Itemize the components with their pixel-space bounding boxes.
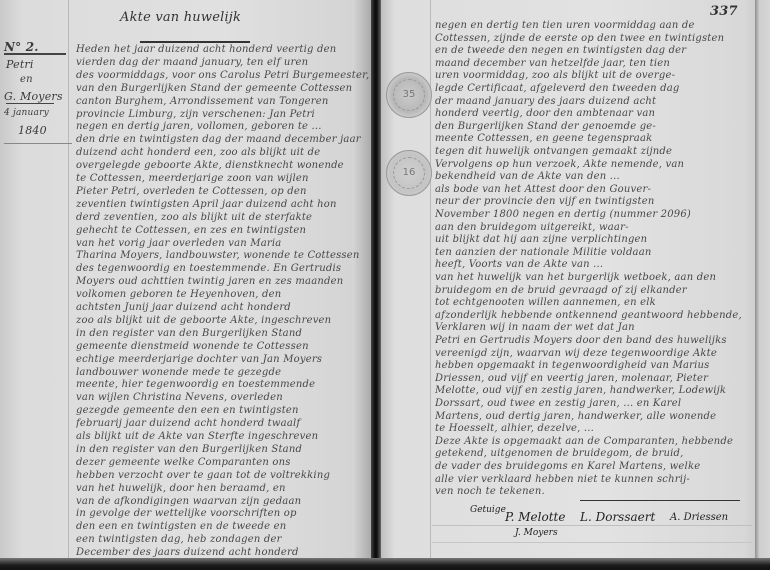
margin-divider	[4, 53, 66, 55]
margin-rule	[68, 0, 69, 560]
handwritten-line: negen en dertig ten tien uren voormiddag…	[435, 20, 750, 32]
handwritten-line: en de tweede den negen en twintigsten da…	[435, 45, 750, 57]
ruled-line	[432, 525, 752, 526]
handwritten-line: vierden dag der maand january, ten elf u…	[76, 57, 370, 69]
handwritten-line: Deze Akte is opgemaakt aan de Comparante…	[435, 436, 750, 448]
tax-stamp: 16	[386, 150, 432, 196]
handwritten-line: in gevolge der wettelijke voorschriften …	[76, 508, 370, 520]
handwritten-line: overgelegde geboorte Akte, dienstknecht …	[76, 160, 370, 172]
next-page-edge	[755, 0, 770, 560]
handwritten-line: derd zeventien, zoo als blijkt uit de st…	[76, 212, 370, 224]
handwritten-line: meente Cottessen, en geene tegenspraak	[435, 133, 750, 145]
margin-rule	[430, 0, 431, 560]
page-title: Akte van huwelijk	[120, 10, 241, 25]
handwritten-line: van het huwelijk van het burgerlijk wetb…	[435, 272, 750, 284]
handwritten-line: februarij jaar duizend acht honderd twaa…	[76, 418, 370, 430]
handwritten-line: meente, hier tegenwoordig en toestemmend…	[76, 379, 370, 391]
handwritten-line: van de afkondigingen waarvan zijn gedaan	[76, 496, 370, 508]
handwritten-line: van het huwelijk, door hen beraamd, en	[76, 483, 370, 495]
handwritten-line: duizend acht honderd een, zoo als blijkt…	[76, 147, 370, 159]
scan-bottom-edge	[0, 558, 770, 570]
handwritten-line: hebben opgemaakt in tegenwoordigheid van…	[435, 360, 750, 372]
handwritten-line: den een en twintigsten en de tweede en	[76, 521, 370, 533]
handwritten-line: tot echtgenooten willen aannemen, en elk	[435, 297, 750, 309]
signature-melotte: P. Melotte	[505, 510, 565, 524]
handwritten-line: Verklaren wij in naam der wet dat Jan	[435, 322, 750, 334]
handwritten-line: des tegenwoordig en toestemmende. En Ger…	[76, 263, 370, 275]
handwritten-line: gezegde gemeente den een en twintigsten	[76, 405, 370, 417]
handwritten-line: Dorssart, oud twee en zestig jaren, ... …	[435, 398, 750, 410]
handwritten-line: te Cottessen, meerderjarige zoon van wij…	[76, 173, 370, 185]
handwritten-line: als blijkt uit de Akte van Sterfte inges…	[76, 431, 370, 443]
record-number: N° 2.	[4, 40, 39, 54]
handwritten-line: provincie Limburg, zijn verschenen: Jan …	[76, 109, 370, 121]
handwritten-line: hebben verzocht over te gaan tot de volt…	[76, 470, 370, 482]
handwritten-line: uit blijkt dat hij aan zijne verplichtin…	[435, 234, 750, 246]
handwritten-line: achtsten Junij jaar duizend acht honderd	[76, 302, 370, 314]
handwritten-line: uren voormiddag, zoo als blijkt uit de o…	[435, 70, 750, 82]
signature-dorssaert: L. Dorssaert	[580, 510, 655, 524]
handwritten-line: maand december van hetzelfde jaar, ten t…	[435, 58, 750, 70]
handwritten-line: den drie en twintigsten dag der maand de…	[76, 134, 370, 146]
signature-driessen: A. Driessen	[670, 512, 728, 523]
record-year: 1840	[18, 124, 47, 137]
signature-moyers: J. Moyers	[515, 528, 558, 538]
handwritten-line: volkomen geboren te Heyenhoven, den	[76, 289, 370, 301]
handwritten-line: heeft, Voorts van de Akte van ...	[435, 259, 750, 271]
handwritten-line: in den register van den Burgerlijken Sta…	[76, 444, 370, 456]
handwritten-line: echtige meerderjarige dochter van Jan Mo…	[76, 354, 370, 366]
handwritten-line: Martens, oud dertig jaren, handwerker, a…	[435, 411, 750, 423]
document-scan: Akte van huwelijk N° 2. Petri en G. Moye…	[0, 0, 770, 570]
handwritten-line: van het vorig jaar overleden van Maria	[76, 238, 370, 250]
handwritten-line: Petri en Gertrudis Moyers door den band …	[435, 335, 750, 347]
title-underline	[140, 41, 250, 43]
handwritten-line: gehecht te Cottessen, en zes en twintigs…	[76, 225, 370, 237]
handwritten-line: neur der provincie den vijf en twintigst…	[435, 196, 750, 208]
handwritten-line: van wijlen Christina Nevens, overleden	[76, 392, 370, 404]
handwritten-line: te Hoesselt, alhier, dezelve, ...	[435, 423, 750, 435]
handwritten-line: aan den bruidegom uitgereikt, waar-	[435, 222, 750, 234]
handwritten-line: Cottessen, zijnde de eerste op den twee …	[435, 33, 750, 45]
handwritten-line: den Burgerlijken Stand der genoemde ge-	[435, 121, 750, 133]
handwritten-line: bruidegom en de bruid gevraagd of zij el…	[435, 285, 750, 297]
ruled-line	[432, 542, 752, 543]
handwritten-line: November 1800 negen en dertig (nummer 20…	[435, 209, 750, 221]
handwritten-line: de vader des bruidegoms en Karel Martens…	[435, 461, 750, 473]
signature-witness-label: Getuige	[470, 505, 506, 515]
handwritten-line: landbouwer wonende mede te gezegde	[76, 367, 370, 379]
closing-rule	[580, 500, 740, 501]
handwritten-line: tegen dit huwelijk ontvangen gemaakt zij…	[435, 146, 750, 158]
handwritten-line: ten aanzien der nationale Militie voldaa…	[435, 247, 750, 259]
handwritten-line: legde Certificaat, afgeleverd den tweede…	[435, 83, 750, 95]
handwritten-line: honderd veertig, door den ambtenaar van	[435, 108, 750, 120]
handwritten-line: als bode van het Attest door den Gouver-	[435, 184, 750, 196]
handwritten-line: zeventien twintigsten April jaar duizend…	[76, 199, 370, 211]
page-number: 337	[710, 4, 738, 19]
handwritten-line: Moyers oud achttien twintig jaren en zes…	[76, 276, 370, 288]
handwritten-line: alle vier verklaard hebben niet te kunne…	[435, 474, 750, 486]
left-page: Akte van huwelijk N° 2. Petri en G. Moye…	[0, 0, 372, 560]
handwritten-line: zoo als blijkt uit de geboorte Akte, ing…	[76, 315, 370, 327]
handwritten-line: een twintigsten dag, heb zondagen der	[76, 534, 370, 546]
conjunction: en	[20, 74, 33, 85]
handwritten-line: Heden het jaar duizend acht honderd veer…	[76, 44, 370, 56]
groom-surname: Petri	[6, 58, 34, 71]
handwritten-line: Melotte, oud vijf en zestig jaren, handw…	[435, 385, 750, 397]
margin-divider	[6, 103, 54, 104]
bride-surname: G. Moyers	[4, 90, 63, 103]
handwritten-line: der maand january des jaars duizend acht	[435, 96, 750, 108]
handwritten-line: van den Burgerlijken Stand der gemeente …	[76, 83, 370, 95]
handwritten-line: dezer gemeente welke Comparanten ons	[76, 457, 370, 469]
handwritten-line: Vervolgens op hun verzoek, Akte nemende,…	[435, 159, 750, 171]
right-page: 35 16 negen en dertig ten tien uren voor…	[380, 0, 755, 560]
seal-value: 35	[403, 89, 416, 100]
handwritten-line: bekendheid van de Akte van den ...	[435, 171, 750, 183]
handwritten-line: canton Burghem, Arrondissement van Tonge…	[76, 96, 370, 108]
handwritten-line: des voormiddags, voor ons Carolus Petri …	[76, 70, 370, 82]
stamp-value: 16	[403, 167, 416, 178]
margin-divider	[4, 143, 72, 144]
handwritten-line: gemeente dienstmeid wonende te Cottessen	[76, 341, 370, 353]
handwritten-line: getekend, uitgenomen de bruidegom, de br…	[435, 448, 750, 460]
handwritten-line: Pieter Petri, overleden te Cottessen, op…	[76, 186, 370, 198]
book-gutter	[371, 0, 381, 570]
handwritten-line: Tharina Moyers, landbouwster, wonende te…	[76, 250, 370, 262]
handwritten-line: Driessen, oud vijf en veertig jaren, mol…	[435, 373, 750, 385]
handwritten-line: negen en dertig jaren, vollomen, geboren…	[76, 121, 370, 133]
handwritten-line: in den register van den Burgerlijken Sta…	[76, 328, 370, 340]
embossed-seal: 35	[386, 72, 432, 118]
handwritten-line: ven noch te tekenen.	[435, 486, 750, 498]
record-date: 4 january	[4, 108, 49, 118]
handwritten-line: afzonderlijk hebbende ontkennend geantwo…	[435, 310, 750, 322]
handwritten-line: vereenigd zijn, waarvan wij deze tegenwo…	[435, 348, 750, 360]
